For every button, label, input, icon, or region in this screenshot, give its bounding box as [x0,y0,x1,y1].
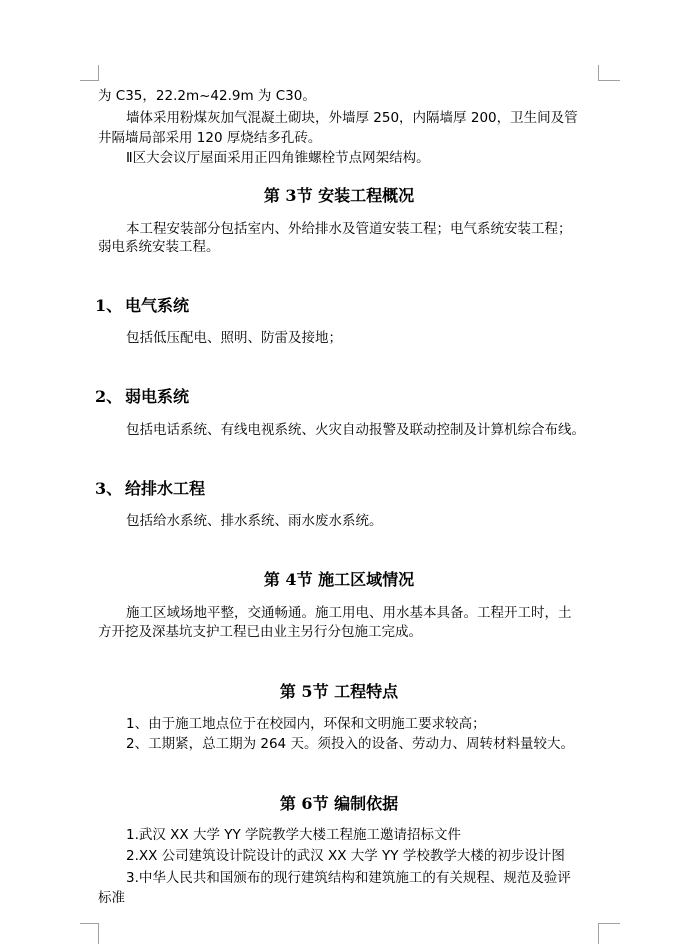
subsection-title: 弱电系统 [125,387,189,406]
crop-mark-top-right-v [598,65,599,81]
paragraph-line: 施工区域场地平整，交通畅通。施工用电、用水基本具备。工程开工时，土 [126,604,572,622]
paragraph-line: 墙体采用粉煤灰加气混凝土砌块，外墙厚 250，内隔墙厚 200，卫生间及管 [126,109,578,127]
paragraph-line: 包括电话系统、有线电视系统、火灾自动报警及联动控制及计算机综合布线。 [126,421,585,439]
crop-mark-top-left-v [98,65,99,81]
crop-mark-top-right-h [598,80,620,81]
subsection-number: 2、 [95,384,125,407]
crop-mark-top-left-h [80,80,99,81]
list-item: 2、工期紧，总工期为 264 天。须投入的设备、劳动力、周转材料量较大。 [126,735,574,753]
subsection-heading: 2、弱电系统 [95,384,189,407]
subsection-title: 给排水工程 [125,479,205,498]
paragraph-line: Ⅱ区大会议厅屋面采用正四角锥螺栓节点网架结构。 [126,149,430,167]
section-heading: 第 3节 安装工程概况 [0,183,678,206]
list-item: 1、由于施工地点位于在校园内，环保和文明施工要求较高； [126,715,486,733]
crop-mark-bottom-right-v [598,923,599,944]
subsection-heading: 1、电气系统 [95,293,189,316]
list-item: 2.XX 公司建筑设计院设计的武汉 XX 大学 YY 学校教学大楼的初步设计图 [126,847,565,865]
list-item: 1.武汉 XX 大学 YY 学院教学大楼工程施工邀请招标文件 [126,826,461,844]
subsection-title: 电气系统 [125,296,189,315]
crop-mark-bottom-left-h [80,923,99,924]
section-heading: 第 6节 编制依据 [0,791,678,814]
crop-mark-bottom-right-h [598,923,620,924]
crop-mark-bottom-left-v [98,923,99,944]
paragraph-line: 方开挖及深基坑支护工程已由业主另行分包施工完成。 [98,623,422,641]
paragraph-line: 弱电系统安装工程。 [98,238,220,256]
paragraph-line: 本工程安装部分包括室内、外给排水及管道安装工程；电气系统安装工程； [126,220,572,238]
list-item-continuation: 标准 [98,889,125,907]
section-heading: 第 4节 施工区域情况 [0,567,678,590]
paragraph-line: 包括给水系统、排水系统、雨水废水系统。 [126,512,383,530]
subsection-number: 1、 [95,293,125,316]
section-heading: 第 5节 工程特点 [0,679,678,702]
subsection-number: 3、 [95,476,125,499]
subsection-heading: 3、给排水工程 [95,476,205,499]
paragraph-line: 井隔墙局部采用 120 厚烧结多孔砖。 [98,129,321,147]
paragraph-line: 为 C35，22.2m~42.9m 为 C30。 [98,87,316,105]
list-item: 3.中华人民共和国颁布的现行建筑结构和建筑施工的有关规程、规范及验评 [126,869,571,887]
paragraph-line: 包括低压配电、照明、防雷及接地； [126,329,342,347]
